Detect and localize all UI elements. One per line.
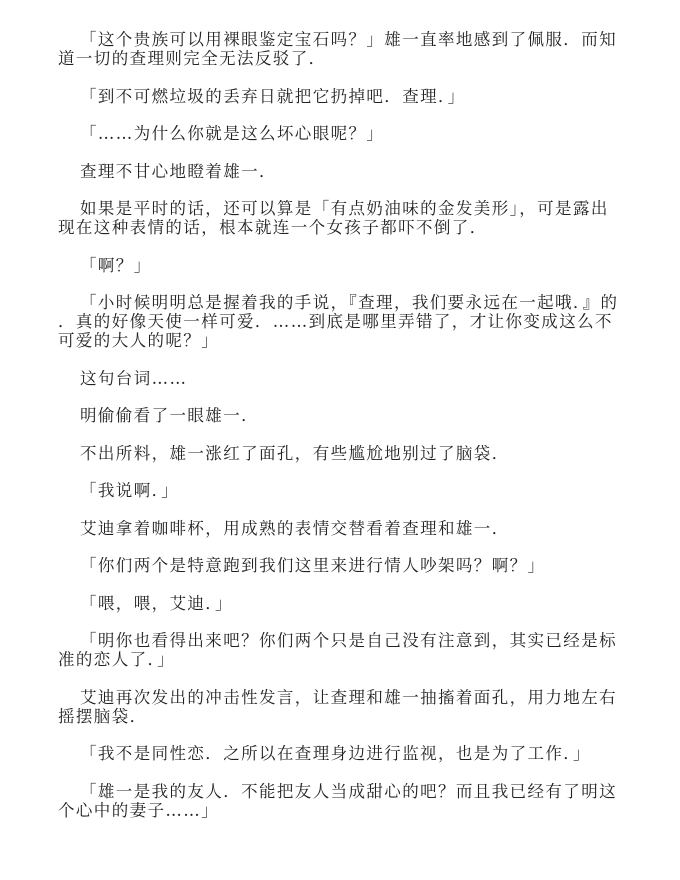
document-page: 「这个贵族可以用裸眼鉴定宝石吗？」雄一直率地感到了佩服．而知道一切的查理则完全无… — [58, 30, 624, 838]
paragraph: 艾迪再次发出的冲击性发言，让查理和雄一抽搐着面孔，用力地左右摇摆脑袋． — [58, 688, 624, 726]
paragraph: 不出所料，雄一涨红了面孔，有些尴尬地别过了脑袋． — [58, 444, 624, 463]
paragraph: 艾迪拿着咖啡杯，用成熟的表情交替看着查理和雄一． — [58, 519, 624, 538]
paragraph: 「我说啊．」 — [58, 481, 624, 500]
paragraph: 「明你也看得出来吧？你们两个只是自己没有注意到，其实已经是标准的恋人了．」 — [58, 631, 624, 669]
paragraph: 「雄一是我的友人．不能把友人当成甜心的吧？而且我已经有了明这个心中的妻子……」 — [58, 782, 624, 820]
paragraph: 「我不是同性恋．之所以在查理身边进行监视，也是为了工作．」 — [58, 744, 624, 763]
paragraph: 「啊？」 — [58, 256, 624, 275]
paragraph: 「喂，喂，艾迪．」 — [58, 594, 624, 613]
paragraph: 「到不可燃垃圾的丢弃日就把它扔掉吧．查理．」 — [58, 87, 624, 106]
paragraph: 这句台词…… — [58, 369, 624, 388]
paragraph: 「……为什么你就是这么坏心眼呢？」 — [58, 124, 624, 143]
paragraph: 「这个贵族可以用裸眼鉴定宝石吗？」雄一直率地感到了佩服．而知道一切的查理则完全无… — [58, 30, 624, 68]
paragraph: 明偷偷看了一眼雄一． — [58, 406, 624, 425]
paragraph: 「你们两个是特意跑到我们这里来进行情人吵架吗？啊？」 — [58, 556, 624, 575]
paragraph: 查理不甘心地瞪着雄一． — [58, 162, 624, 181]
paragraph: 「小时候明明总是握着我的手说，『查理，我们要永远在一起哦．』的．真的好像天使一样… — [58, 293, 624, 350]
paragraph: 如果是平时的话，还可以算是「有点奶油味的金发美形」，可是露出现在这种表情的话，根… — [58, 199, 624, 237]
